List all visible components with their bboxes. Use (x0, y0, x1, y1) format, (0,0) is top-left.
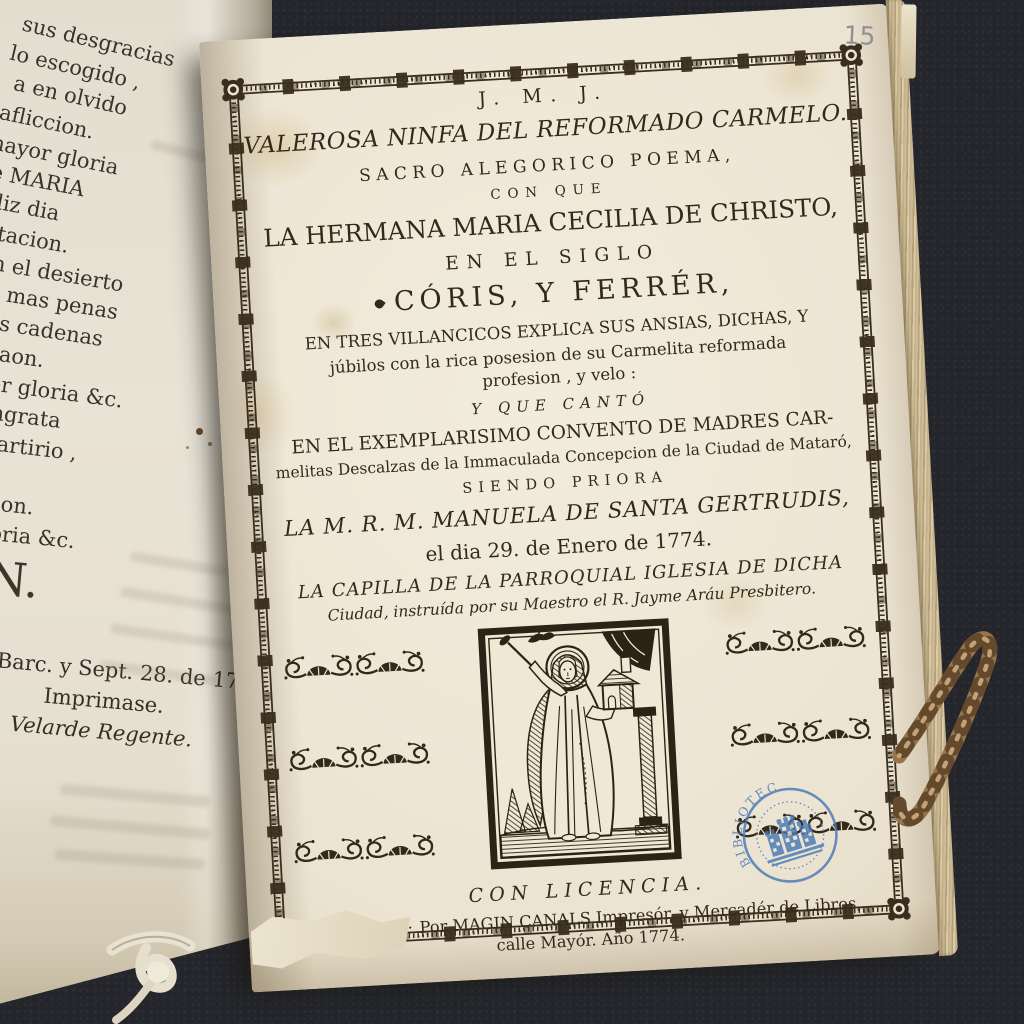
imprimatur-signature: Velarde Regente. (9, 712, 193, 752)
fleuron-ornament-icon (289, 829, 438, 867)
ink-spot (186, 446, 189, 449)
saint-woodcut-image (477, 618, 682, 870)
fleuron-ornament-icon (279, 645, 428, 683)
ink-spot (208, 442, 212, 446)
page-corner-tab (901, 4, 917, 78)
fleuron-ornament-icon (284, 737, 433, 775)
pencil-folio-number: 15 (843, 20, 876, 51)
stamp-castle-icon (756, 809, 825, 868)
fleuron-column-left (279, 645, 439, 867)
show-through-smudge (55, 849, 205, 870)
fleuron-ornament-icon (726, 712, 875, 750)
show-through-smudge (50, 815, 210, 840)
imprimatur-text: Imprimase. (43, 684, 165, 718)
fleuron-ornament-icon (721, 620, 870, 658)
title-page: J. M. J. VALEROSA NINFA DEL REFORMADO CA… (199, 3, 941, 992)
corner-rosette (219, 75, 247, 103)
leaf-mark-icon (373, 297, 386, 310)
show-through-smudge (60, 783, 210, 807)
binding-tie (88, 920, 238, 1024)
bookmark-cord (893, 608, 1003, 848)
ink-spot (196, 428, 203, 435)
